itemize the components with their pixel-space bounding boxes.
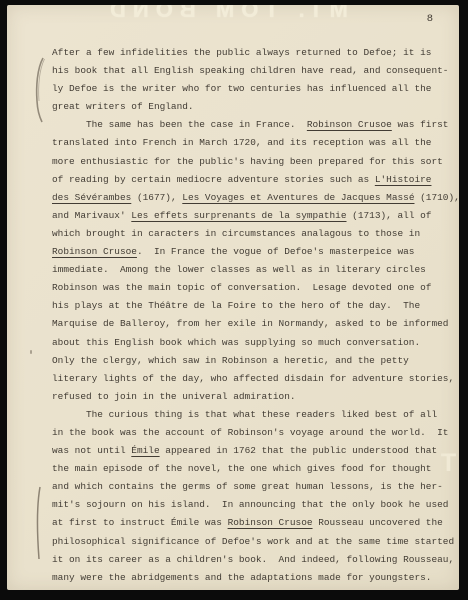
text-line: many were the abridgements and the adapt…: [52, 569, 456, 587]
text-line: literary lights of the day, who affected…: [52, 370, 456, 388]
text-line: des Sévérambes (1677), Les Voyages et Av…: [52, 189, 456, 207]
text-segment: Rousseau uncovered the: [313, 517, 443, 528]
underlined-title: Les effets surprenants de la sympathie: [131, 210, 346, 221]
pencil-speck: [30, 350, 32, 354]
underlined-title: Robinson Crusoe: [307, 119, 392, 130]
text-segment: The curious thing is that what these rea…: [52, 409, 437, 420]
text-segment: Only the clergy, which saw in Robinson a…: [52, 355, 409, 366]
text-segment: The same has been the case in France.: [52, 119, 307, 130]
text-line: which brought in caracters in circumstan…: [52, 225, 456, 243]
text-line: Robinson Crusoe. In France the vogue of …: [52, 243, 456, 261]
underlined-title: des Sévérambes: [52, 192, 131, 203]
text-segment: more enthusiastic for the public's havin…: [52, 156, 443, 167]
text-segment: (1677),: [131, 192, 182, 203]
text-line: The curious thing is that what these rea…: [52, 406, 456, 424]
text-line: Marquise de Balleroy, from her exile in …: [52, 315, 456, 333]
text-line: great writers of England.: [52, 98, 456, 116]
text-line: The same has been the case in France. Ro…: [52, 116, 456, 134]
text-line: translated into French in March 1720, an…: [52, 134, 456, 152]
text-segment: philosophical significance of Defoe's wo…: [52, 536, 454, 547]
paper-watermark-top: MT. TOM BOND: [103, 5, 348, 23]
text-segment: was not until: [52, 445, 131, 456]
text-block: After a few infidelities the public alwa…: [52, 44, 456, 587]
underlined-title: Robinson Crusoe: [52, 246, 137, 257]
text-line: was not until Émile appeared in 1762 tha…: [52, 442, 456, 460]
text-segment: (1710),: [414, 192, 459, 203]
text-segment: translated into French in March 1720, an…: [52, 137, 431, 148]
text-segment: ly Defoe is the writer who for two centu…: [52, 83, 431, 94]
text-segment: and which contains the germs of some gre…: [52, 481, 443, 492]
text-segment: about this English book which was supply…: [52, 337, 420, 348]
text-line: his plays at the Théâtre de la Foire to …: [52, 297, 456, 315]
text-line: at first to instruct Émile was Robinson …: [52, 514, 456, 532]
text-segment: . In France the vogue of Defoe's masterp…: [137, 246, 415, 257]
text-segment: which brought in caracters in circumstan…: [52, 228, 420, 239]
text-segment: the main episode of the novel, the one w…: [52, 463, 431, 474]
text-line: mit's sojourn on his island. In announci…: [52, 496, 456, 514]
text-segment: it on its career as a children's book. A…: [52, 554, 454, 565]
typescript-page: MT. TOM BOND MT. TOM BOND 8 After a few …: [7, 5, 459, 590]
underlined-title: L'Histoire: [375, 174, 432, 185]
text-segment: great writers of England.: [52, 101, 194, 112]
text-line: After a few infidelities the public alwa…: [52, 44, 456, 62]
text-segment: literary lights of the day, who affected…: [52, 373, 454, 384]
text-segment: Robinson was the main topic of conversat…: [52, 282, 431, 293]
text-segment: immediate. Among the lower classes as we…: [52, 264, 426, 275]
text-segment: appeared in 1762 that the public underst…: [160, 445, 438, 456]
text-segment: in the book was the account of Robinson'…: [52, 427, 448, 438]
text-segment: (1713), all of: [347, 210, 432, 221]
text-segment: Marquise de Balleroy, from her exile in …: [52, 318, 448, 329]
text-segment: his book that all English speaking child…: [52, 65, 448, 76]
pencil-margin-line: [35, 486, 43, 560]
text-line: about this English book which was supply…: [52, 334, 456, 352]
text-line: of reading by certain mediocre adventure…: [52, 171, 456, 189]
text-segment: After a few infidelities the public alwa…: [52, 47, 431, 58]
text-line: immediate. Among the lower classes as we…: [52, 261, 456, 279]
text-line: philosophical significance of Defoe's wo…: [52, 533, 456, 551]
text-line: refused to join in the univeral admirati…: [52, 388, 456, 406]
text-segment: many were the abridgements and the adapt…: [52, 572, 431, 583]
underlined-title: Les Voyages et Aventures de Jacques Mass…: [182, 192, 414, 203]
page-number: 8: [427, 13, 433, 25]
pencil-margin-bracket: [34, 57, 46, 123]
text-segment: refused to join in the univeral admirati…: [52, 391, 296, 402]
text-line: his book that all English speaking child…: [52, 62, 456, 80]
text-segment: of reading by certain mediocre adventure…: [52, 174, 375, 185]
text-line: it on its career as a children's book. A…: [52, 551, 456, 569]
text-line: and Marivaux' Les effets surprenants de …: [52, 207, 456, 225]
text-line: ly Defoe is the writer who for two centu…: [52, 80, 456, 98]
text-segment: was first: [392, 119, 449, 130]
text-segment: and Marivaux': [52, 210, 131, 221]
text-segment: mit's sojourn on his island. In announci…: [52, 499, 448, 510]
text-line: Robinson was the main topic of conversat…: [52, 279, 456, 297]
text-line: more enthusiastic for the public's havin…: [52, 153, 456, 171]
text-line: in the book was the account of Robinson'…: [52, 424, 456, 442]
underlined-title: Robinson Crusoe: [228, 517, 313, 528]
text-segment: at first to instruct Émile was: [52, 517, 228, 528]
text-segment: his plays at the Théâtre de la Foire to …: [52, 300, 420, 311]
underlined-title: Émile: [131, 445, 159, 456]
text-line: the main episode of the novel, the one w…: [52, 460, 456, 478]
text-line: Only the clergy, which saw in Robinson a…: [52, 352, 456, 370]
text-line: and which contains the germs of some gre…: [52, 478, 456, 496]
